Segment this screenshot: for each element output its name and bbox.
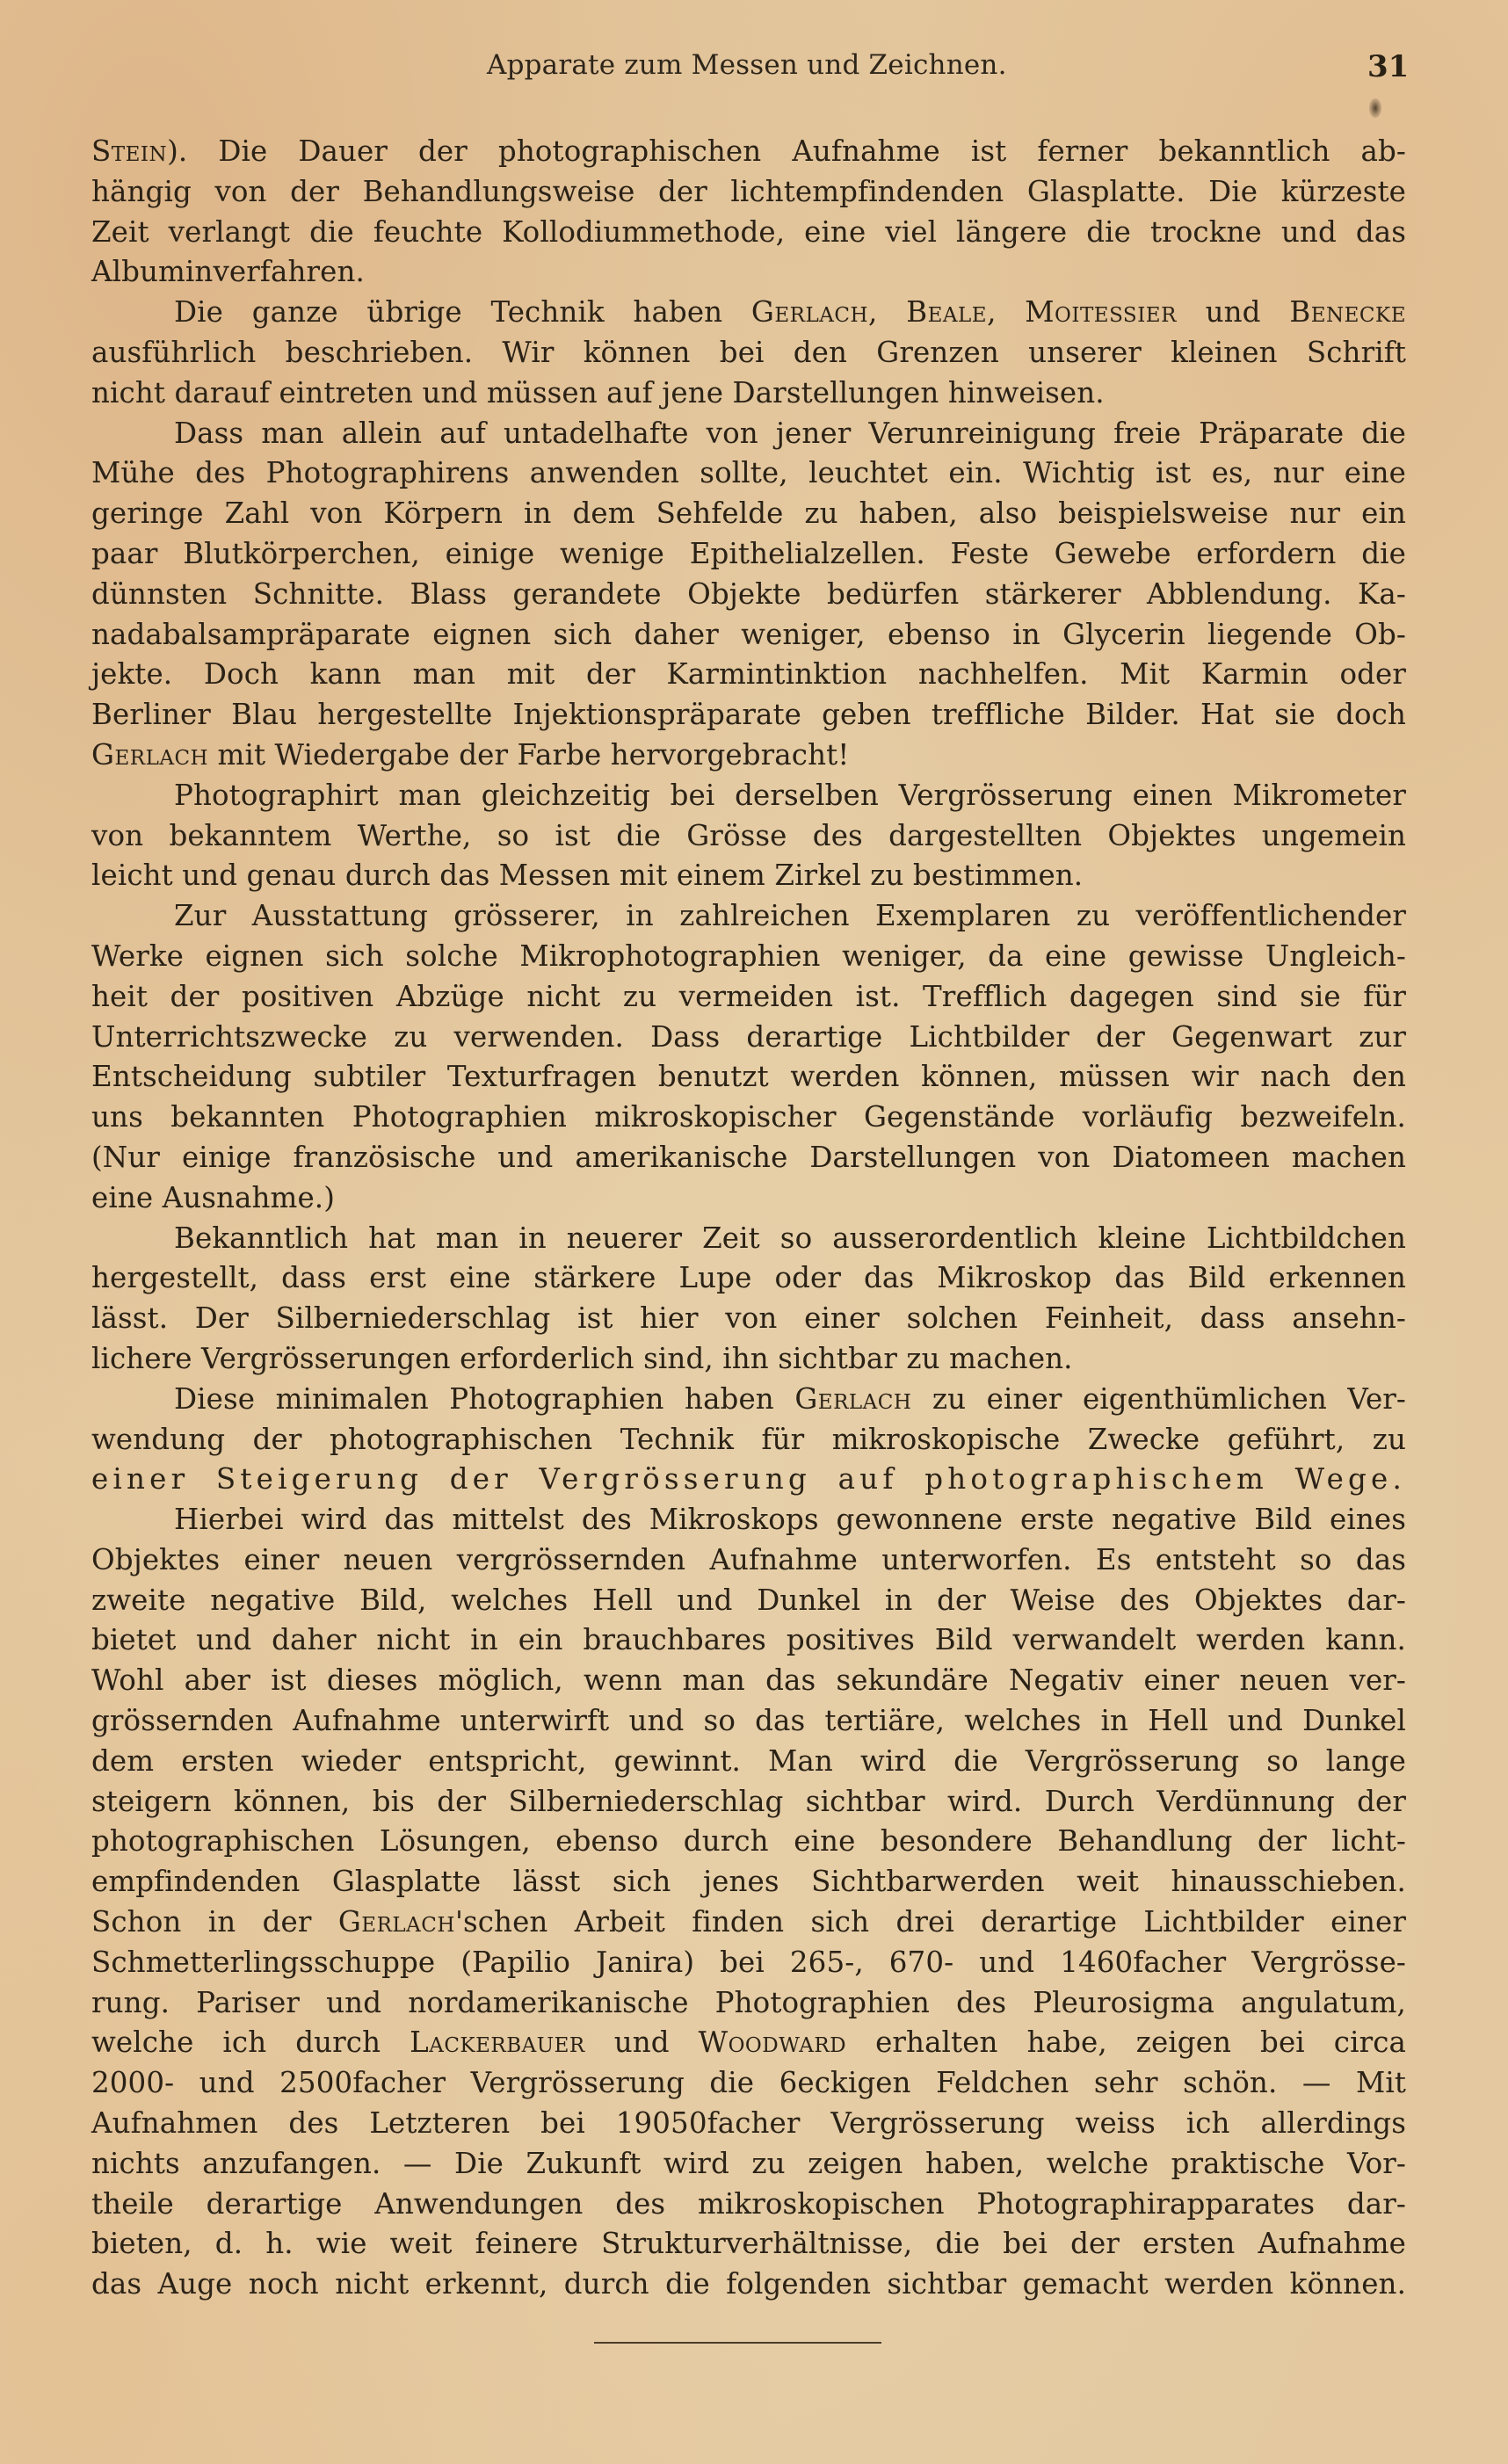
text-line: Diese minimalen Photographien haben Gerl… bbox=[91, 1380, 1406, 1420]
text-line: Dass man allein auf untadelhafte von jen… bbox=[91, 414, 1406, 454]
body-text: Stein). Die Dauer der photographischen A… bbox=[91, 132, 1406, 2305]
ink-smudge bbox=[1369, 98, 1381, 118]
text-line: bieten, d. h. wie weit feinere Strukturv… bbox=[91, 2224, 1406, 2265]
text-line: jekte. Doch kann man mit der Karmintinkt… bbox=[91, 655, 1406, 695]
author-name: Lackerbauer bbox=[410, 2026, 585, 2059]
text-line: wendung der photographischen Technik für… bbox=[91, 1420, 1406, 1460]
text-line: Schon in der Gerlach'schen Arbeit finden… bbox=[91, 1902, 1406, 1943]
text-line: paar Blutkörperchen, einige wenige Epith… bbox=[91, 534, 1406, 575]
text-line: empfindenden Glasplatte lässt sich jenes… bbox=[91, 1862, 1406, 1902]
author-name: Gerlach bbox=[91, 738, 208, 772]
author-name: Stein bbox=[91, 134, 167, 168]
text-line: Photographirt man gleichzeitig bei derse… bbox=[91, 776, 1406, 816]
text-line: Zur Ausstattung grösserer, in zahlreiche… bbox=[91, 896, 1406, 937]
text-line: das Auge noch nicht erkennt, durch die f… bbox=[91, 2265, 1406, 2305]
page-number: 31 bbox=[1367, 49, 1409, 84]
author-name: Beale bbox=[906, 295, 987, 329]
text-line: Entscheidung subtiler Texturfragen benut… bbox=[91, 1057, 1406, 1098]
text-line: uns bekannten Photographien mikroskopisc… bbox=[91, 1098, 1406, 1138]
text-line: photographischen Lösungen, ebenso durch … bbox=[91, 1822, 1406, 1862]
text-line: grössernden Aufnahme unterwirft und so d… bbox=[91, 1701, 1406, 1742]
text-line: von bekanntem Werthe, so ist die Grösse … bbox=[91, 816, 1406, 857]
text-line: Schmetterlingsschuppe (Papilio Janira) b… bbox=[91, 1943, 1406, 1983]
text-line: rung. Pariser und nordamerikanische Phot… bbox=[91, 1983, 1406, 2024]
author-name: Gerlach bbox=[338, 1905, 455, 1939]
text-line: welche ich durch Lackerbauer und Woodwar… bbox=[91, 2023, 1406, 2063]
text-line: lässt. Der Silberniederschlag ist hier v… bbox=[91, 1299, 1406, 1339]
text-line: Unterrichtszwecke zu verwenden. Dass der… bbox=[91, 1018, 1406, 1058]
author-name: Gerlach bbox=[794, 1382, 911, 1416]
text-line: Wohl aber ist dieses möglich, wenn man d… bbox=[91, 1661, 1406, 1701]
running-title: Apparate zum Messen und Zeichnen. bbox=[487, 49, 1007, 81]
text-line: steigern können, bis der Silberniedersch… bbox=[91, 1782, 1406, 1823]
text-line: dünnsten Schnitte. Blass gerandete Objek… bbox=[91, 575, 1406, 615]
text-line: hängig von der Behandlungsweise der lich… bbox=[91, 172, 1406, 213]
text-line: 2000- und 2500facher Vergrösserung die 6… bbox=[91, 2063, 1406, 2104]
text-line: Bekanntlich hat man in neuerer Zeit so a… bbox=[91, 1219, 1406, 1259]
text-line: Stein). Die Dauer der photographischen A… bbox=[91, 132, 1406, 172]
text-line: nichts anzufangen. — Die Zukunft wird zu… bbox=[91, 2144, 1406, 2185]
text-line: Mühe des Photographirens anwenden sollte… bbox=[91, 453, 1406, 494]
text-line: Die ganze übrige Technik haben Gerlach, … bbox=[91, 293, 1406, 333]
text-line: einer Steigerung der Vergrösserung auf p… bbox=[91, 1460, 1406, 1500]
author-name: Gerlach bbox=[751, 295, 868, 329]
text-line: Berliner Blau hergestellte Injektionsprä… bbox=[91, 695, 1406, 736]
author-name: Moitessier bbox=[1025, 295, 1177, 329]
text-line: (Nur einige französische und amerikanisc… bbox=[91, 1138, 1406, 1178]
author-name: Benecke bbox=[1289, 295, 1406, 329]
text-line: ausführlich beschrieben. Wir können bei … bbox=[91, 333, 1406, 373]
text-line: heit der positiven Abzüge nicht zu verme… bbox=[91, 977, 1406, 1018]
text-line: nadabalsampräparate eignen sich daher we… bbox=[91, 615, 1406, 656]
running-head: Apparate zum Messen und Zeichnen. 31 bbox=[0, 49, 1508, 88]
footer-rule bbox=[594, 2342, 881, 2344]
text-line: dem ersten wieder entspricht, gewinnt. M… bbox=[91, 1742, 1406, 1782]
book-page: Apparate zum Messen und Zeichnen. 31 Ste… bbox=[0, 0, 1508, 2464]
text-line: Albuminverfahren. bbox=[91, 252, 1406, 293]
text-line: Gerlach mit Wiedergabe der Farbe hervorg… bbox=[91, 736, 1406, 776]
text-line: theile derartige Anwendungen des mikrosk… bbox=[91, 2185, 1406, 2225]
text-line: geringe Zahl von Körpern in dem Sehfelde… bbox=[91, 494, 1406, 534]
text-line: zweite negative Bild, welches Hell und D… bbox=[91, 1581, 1406, 1621]
text-line: bietet und daher nicht in ein brauchbare… bbox=[91, 1620, 1406, 1661]
text-line: Hierbei wird das mittelst des Mikroskops… bbox=[91, 1500, 1406, 1540]
text-line: eine Ausnahme.) bbox=[91, 1178, 1406, 1219]
text-line: hergestellt, dass erst eine stärkere Lup… bbox=[91, 1258, 1406, 1299]
text-line: nicht darauf eintreten und müssen auf je… bbox=[91, 373, 1406, 414]
text-line: Aufnahmen des Letzteren bei 19050facher … bbox=[91, 2104, 1406, 2144]
text-line: Zeit verlangt die feuchte Kollodiummetho… bbox=[91, 213, 1406, 253]
author-name: Woodward bbox=[699, 2026, 846, 2059]
text-line: leicht und genau durch das Messen mit ei… bbox=[91, 856, 1406, 896]
text-line: Objektes einer neuen vergrössernden Aufn… bbox=[91, 1540, 1406, 1581]
text-line: Werke eignen sich solche Mikrophotograph… bbox=[91, 937, 1406, 977]
text-line: lichere Vergrösserungen erforderlich sin… bbox=[91, 1339, 1406, 1380]
